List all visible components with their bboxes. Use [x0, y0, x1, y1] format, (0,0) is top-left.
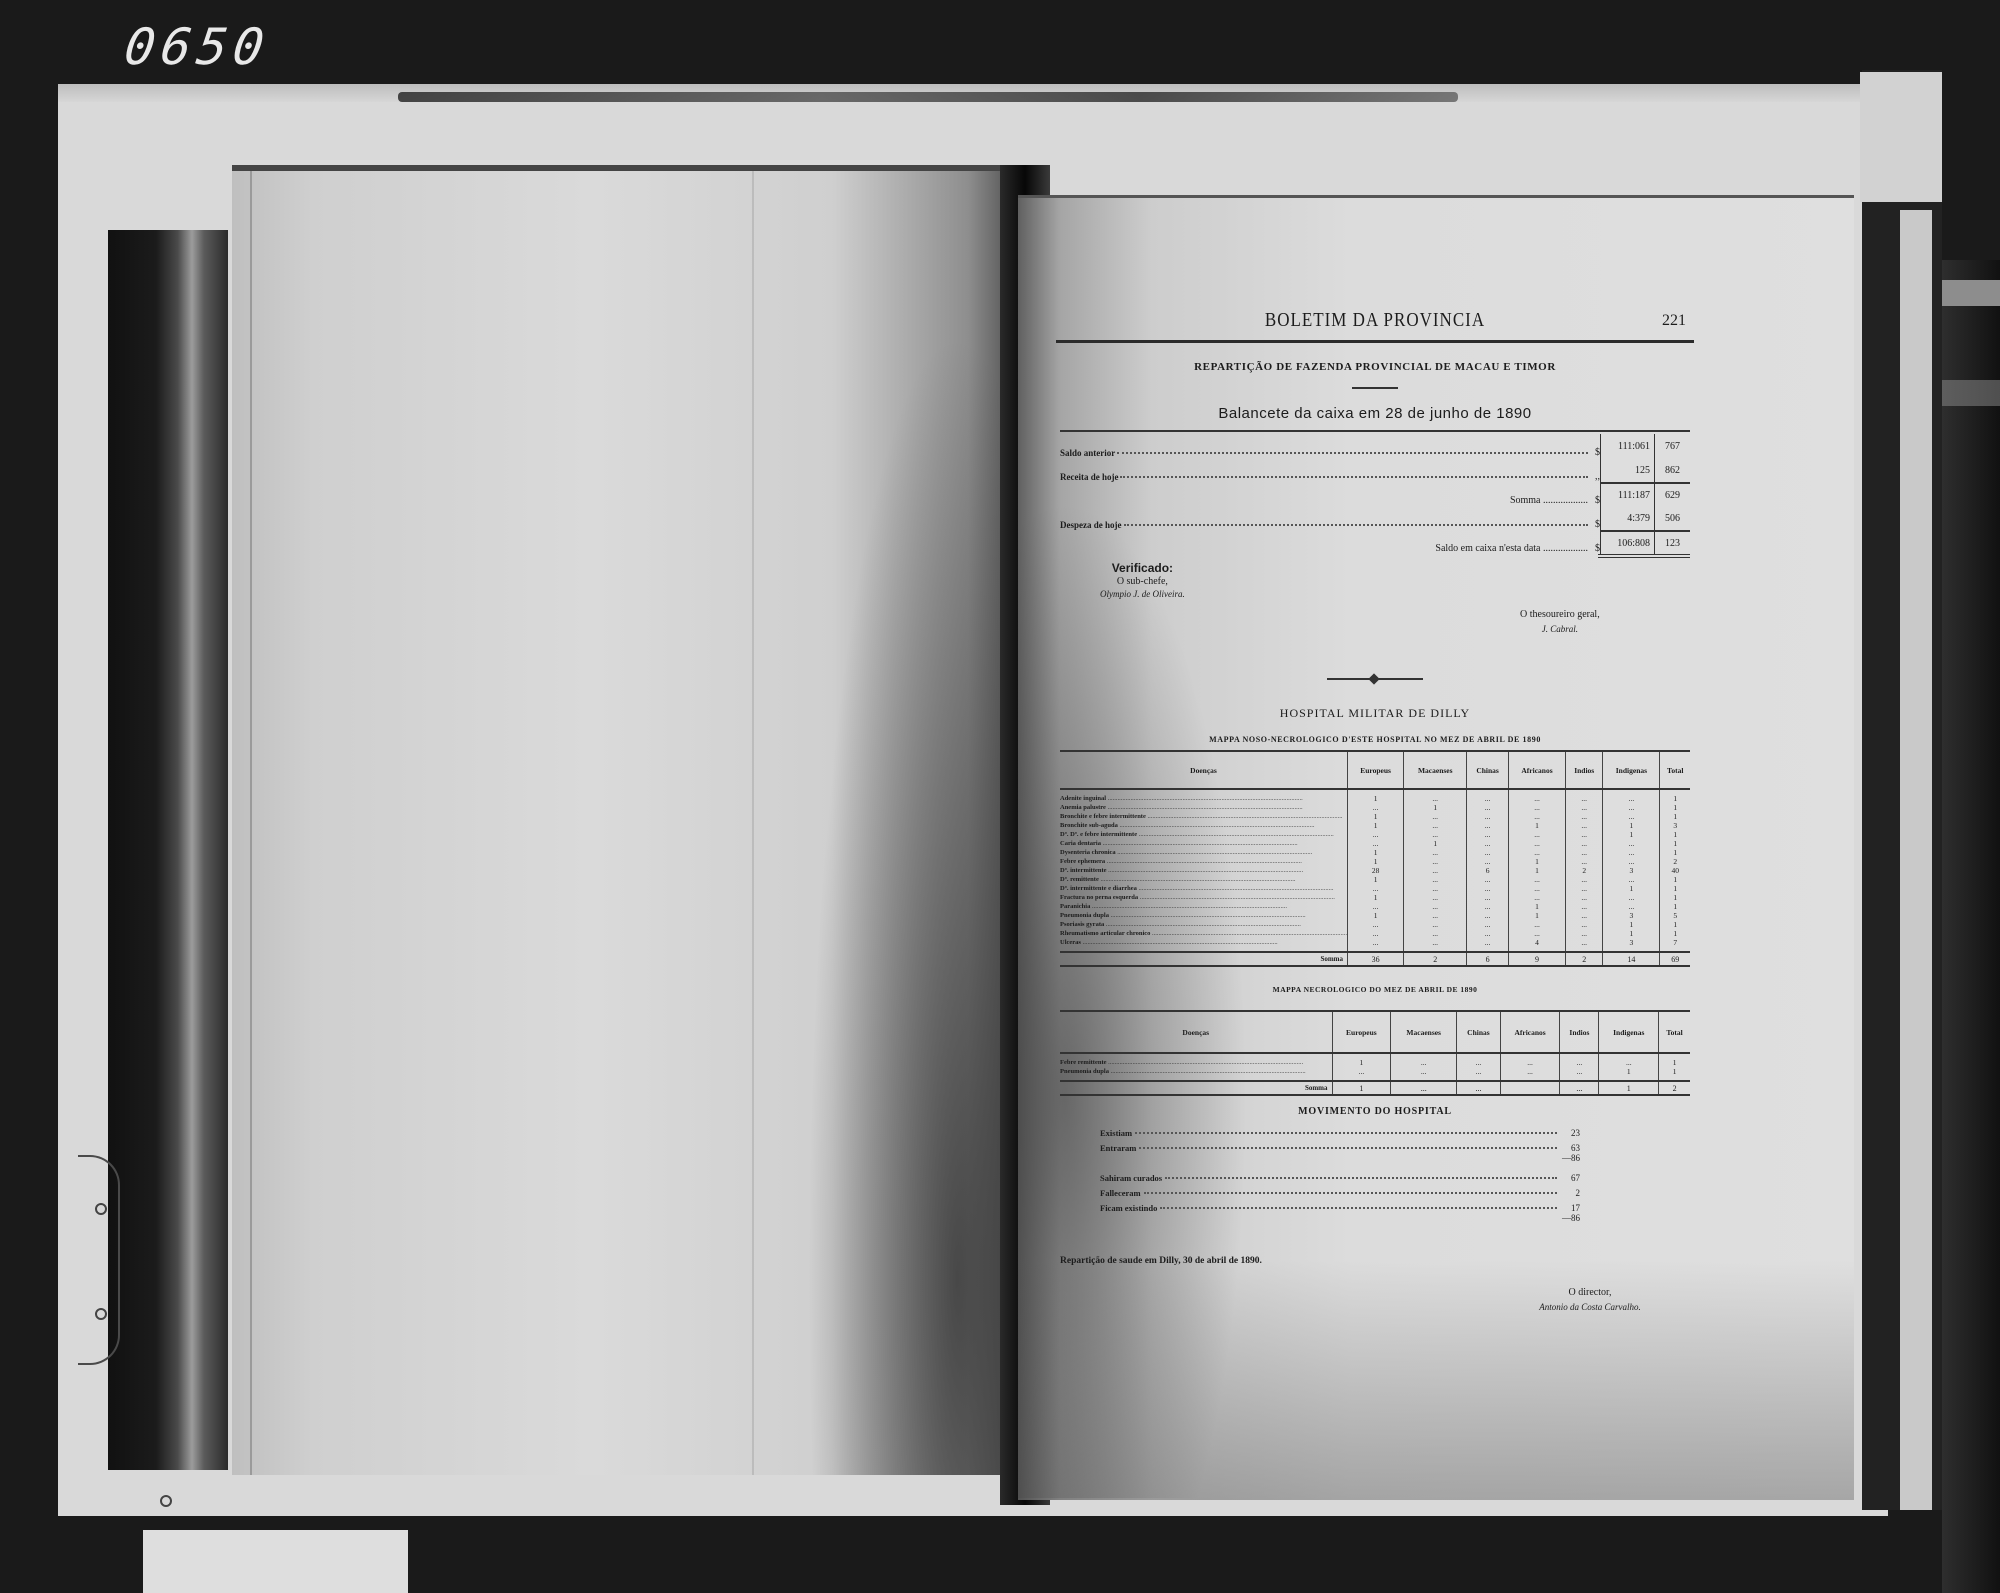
count-cell: ...: [1404, 920, 1467, 929]
disease-cell: Bronchite sub-aguda: [1060, 821, 1348, 830]
count-cell: ...: [1566, 812, 1603, 821]
count-cell: ...: [1508, 789, 1565, 803]
section-divider: [1352, 387, 1398, 389]
table-row: Adenite inguinal1...............1: [1060, 789, 1690, 803]
count-cell: ...: [1467, 789, 1509, 803]
count-cell: ...: [1391, 1053, 1457, 1067]
noso-necrological-table: Doenças Europeus Macaenses Chinas Africa…: [1060, 750, 1690, 967]
currency-sign: $: [1590, 543, 1600, 554]
count-cell: ...: [1560, 1053, 1599, 1067]
cash-balance-ledger: Saldo anterior $ 111:061 767 Receita de …: [1060, 430, 1690, 558]
necrological-table: Doenças Europeus Macaenses Chinas Africa…: [1060, 1010, 1690, 1096]
hospital-movement: Existiam 23 Entraram 63 86 Sahiram curad…: [1100, 1123, 1580, 1228]
necro-table-body: Febre remittente1...............1Pneumon…: [1060, 1053, 1690, 1095]
count-cell: ...: [1391, 1067, 1457, 1081]
noso-table-caption: MAPPA NOSO-NECROLOGICO D'ESTE HOSPITAL N…: [1060, 735, 1690, 744]
disease-cell: Psoriasis gyrata: [1060, 920, 1348, 929]
table-row: Bronchite e febre intermittente1........…: [1060, 812, 1690, 821]
column-header: Indigenas: [1599, 1011, 1659, 1053]
count-cell: 3: [1660, 821, 1690, 830]
column-header: Total: [1659, 1011, 1690, 1053]
table-row: Rheumatismo articular chronico..........…: [1060, 929, 1690, 938]
count-cell: ...: [1467, 902, 1509, 911]
count-cell: ...: [1404, 812, 1467, 821]
noso-table-body: Adenite inguinal1...............1Anemia …: [1060, 789, 1690, 966]
count-cell: ...: [1500, 1053, 1560, 1067]
count-cell: 1: [1348, 848, 1404, 857]
count-cell: ...: [1508, 848, 1565, 857]
ledger-label: Somma ..................: [1060, 495, 1590, 506]
count-cell: 1: [1348, 821, 1404, 830]
count-cell: ...: [1467, 938, 1509, 952]
count-cell: ...: [1467, 803, 1509, 812]
disease-cell: Anemia palustre: [1060, 803, 1348, 812]
disease-cell: Febre remittente: [1060, 1053, 1332, 1067]
column-header: Macaenses: [1404, 751, 1467, 789]
disease-cell: Febre ephemera: [1060, 857, 1348, 866]
count-cell: ...: [1508, 812, 1565, 821]
column-header: Macaenses: [1391, 1011, 1457, 1053]
table-row: Paranichia.........1......1: [1060, 902, 1690, 911]
count-cell: 1: [1603, 830, 1660, 839]
movement-total: 86: [1100, 1213, 1580, 1228]
table-row: Pneumonia dupla1......1...35: [1060, 911, 1690, 920]
disease-cell: Ulceras: [1060, 938, 1348, 952]
running-header: BOLETIM DA PROVINCIA 221: [1060, 300, 1690, 340]
column-header: Total: [1660, 751, 1690, 789]
count-cell: ...: [1508, 875, 1565, 884]
count-cell: ...: [1566, 911, 1603, 920]
disease-cell: Caria dentaria: [1060, 839, 1348, 848]
count-cell: ...: [1508, 920, 1565, 929]
leader-dots: [1120, 476, 1588, 478]
table-row: Dº. remittente1...............1: [1060, 875, 1690, 884]
total-cell: 2: [1404, 952, 1467, 966]
count-cell: ...: [1603, 857, 1660, 866]
verifier-role: O sub-chefe,: [1100, 575, 1185, 588]
count-cell: 1: [1508, 857, 1565, 866]
ledger-cents: 123: [1654, 530, 1690, 554]
microfilm-frame-number: 0650: [121, 18, 274, 76]
count-cell: ...: [1603, 902, 1660, 911]
count-cell: 1: [1332, 1053, 1391, 1067]
column-header: Indigenas: [1603, 751, 1660, 789]
leader-dots: [1117, 452, 1588, 454]
count-cell: 1: [1508, 866, 1565, 875]
total-cell: 1: [1599, 1081, 1659, 1095]
count-cell: ...: [1467, 929, 1509, 938]
count-cell: ...: [1348, 902, 1404, 911]
count-cell: ...: [1348, 830, 1404, 839]
count-cell: 1: [1508, 902, 1565, 911]
column-header: Indios: [1566, 751, 1603, 789]
total-label: Somma: [1060, 952, 1348, 966]
count-cell: 1: [1404, 839, 1467, 848]
total-cell: ...: [1391, 1081, 1457, 1095]
total-cell: 2: [1566, 952, 1603, 966]
count-cell: 3: [1603, 866, 1660, 875]
total-cell: [1500, 1081, 1560, 1095]
column-header: Africanos: [1508, 751, 1565, 789]
count-cell: ...: [1566, 884, 1603, 893]
count-cell: 1: [1660, 893, 1690, 902]
count-cell: ...: [1508, 830, 1565, 839]
count-cell: ...: [1566, 920, 1603, 929]
disease-cell: Pneumonia dupla: [1060, 911, 1348, 920]
count-cell: ...: [1404, 902, 1467, 911]
count-cell: 28: [1348, 866, 1404, 875]
verifier-name: Olympio J. de Oliveira.: [1100, 588, 1185, 601]
count-cell: 1: [1660, 875, 1690, 884]
ledger-row: Receita de hoje ,, 125 862: [1060, 458, 1690, 482]
currency-sign: ,,: [1590, 471, 1600, 482]
count-cell: ...: [1404, 789, 1467, 803]
ornamental-divider-icon: [1327, 678, 1423, 680]
count-cell: ...: [1508, 803, 1565, 812]
count-cell: ...: [1566, 839, 1603, 848]
count-cell: ...: [1467, 839, 1509, 848]
count-cell: ...: [1332, 1067, 1391, 1081]
table-row: Bronchite sub-aguda1......1...13: [1060, 821, 1690, 830]
count-cell: ...: [1404, 911, 1467, 920]
verified-heading: Verificado:: [1100, 562, 1185, 575]
movement-value: 63: [1560, 1143, 1580, 1153]
ledger-cents: 629: [1654, 482, 1690, 506]
count-cell: ...: [1500, 1067, 1560, 1081]
movement-row: Existiam 23: [1100, 1123, 1580, 1138]
total-cell: ...: [1560, 1081, 1599, 1095]
ledger-amount: 111:187: [1600, 482, 1654, 506]
count-cell: ...: [1566, 821, 1603, 830]
disease-cell: Dº. remittente: [1060, 875, 1348, 884]
disease-cell: Rheumatismo articular chronico: [1060, 929, 1348, 938]
count-cell: ...: [1348, 803, 1404, 812]
count-cell: 1: [1348, 875, 1404, 884]
column-header: Chinas: [1467, 751, 1509, 789]
count-cell: ...: [1560, 1067, 1599, 1081]
ledger-label: Despeza de hoje: [1060, 520, 1122, 530]
right-frame-tab: [1860, 72, 1942, 202]
ledger-amount: 111:061: [1600, 434, 1654, 458]
count-cell: ...: [1467, 848, 1509, 857]
count-cell: 2: [1660, 857, 1690, 866]
table-row: Ulceras.........4...37: [1060, 938, 1690, 952]
count-cell: 1: [1404, 803, 1467, 812]
count-cell: ...: [1467, 893, 1509, 902]
count-cell: ...: [1467, 920, 1509, 929]
count-cell: 2: [1566, 866, 1603, 875]
right-page-content: BOLETIM DA PROVINCIA 221 REPARTIÇÃO DE F…: [1060, 300, 1690, 1314]
movement-label: Falleceram: [1100, 1188, 1141, 1198]
count-cell: 1: [1348, 911, 1404, 920]
table-row: Febre ephemera1......1......2: [1060, 857, 1690, 866]
count-cell: 1: [1603, 884, 1660, 893]
count-cell: ...: [1603, 875, 1660, 884]
count-cell: 1: [1603, 920, 1660, 929]
edge-stripe: [1942, 380, 2000, 406]
ledger-row: Despeza de hoje $ 4:379 506: [1060, 506, 1690, 530]
count-cell: 1: [1660, 929, 1690, 938]
table-row: Febre remittente1...............1: [1060, 1053, 1690, 1067]
movement-row: Falleceram 2: [1100, 1183, 1580, 1198]
count-cell: ...: [1348, 938, 1404, 952]
table-row: Psoriasis gyrata...............11: [1060, 920, 1690, 929]
leader-dots: [1135, 1132, 1557, 1134]
total-cell: 69: [1660, 952, 1690, 966]
movement-label: Existiam: [1100, 1128, 1132, 1138]
currency-sign: $: [1590, 519, 1600, 530]
count-cell: ...: [1603, 803, 1660, 812]
total-cell: 6: [1467, 952, 1509, 966]
table-row: Dº. Dº. e febre intermittente...........…: [1060, 830, 1690, 839]
closing-line: Repartição de saude em Dilly, 30 de abri…: [1060, 1256, 1690, 1266]
book-spine: [108, 230, 228, 1470]
count-cell: ...: [1603, 789, 1660, 803]
count-cell: 5: [1660, 911, 1690, 920]
column-header: Europeus: [1332, 1011, 1391, 1053]
count-cell: 1: [1660, 920, 1690, 929]
count-cell: ...: [1508, 839, 1565, 848]
count-cell: 6: [1467, 866, 1509, 875]
movement-value: 17: [1560, 1203, 1580, 1213]
binding-clip: [78, 1155, 120, 1365]
count-cell: 1: [1660, 803, 1690, 812]
count-cell: ...: [1603, 839, 1660, 848]
department-heading: REPARTIÇÃO DE FAZENDA PROVINCIAL DE MACA…: [1060, 361, 1690, 373]
director-signature: O director, Antonio da Costa Carvalho.: [1490, 1286, 1690, 1314]
ledger-amount: 4:379: [1600, 506, 1654, 530]
count-cell: ...: [1566, 893, 1603, 902]
column-header: Africanos: [1500, 1011, 1560, 1053]
total-cell: ...: [1457, 1081, 1501, 1095]
count-cell: ...: [1404, 848, 1467, 857]
count-cell: ...: [1348, 920, 1404, 929]
ledger-amount: 125: [1600, 458, 1654, 482]
count-cell: ...: [1566, 875, 1603, 884]
count-cell: 1: [1348, 857, 1404, 866]
count-cell: ...: [1566, 848, 1603, 857]
disease-cell: Dº. Dº. e febre intermittente: [1060, 830, 1348, 839]
leader-dots: [1160, 1207, 1557, 1209]
hospital-movement-title: MOVIMENTO DO HOSPITAL: [1060, 1106, 1690, 1117]
disease-cell: Paranichia: [1060, 902, 1348, 911]
currency-sign: $: [1590, 447, 1600, 458]
disease-cell: Fractura no perna esquerda: [1060, 893, 1348, 902]
count-cell: ...: [1404, 830, 1467, 839]
movement-row: Entraram 63: [1100, 1138, 1580, 1153]
ledger-amount: 106:808: [1600, 530, 1654, 554]
count-cell: ...: [1404, 929, 1467, 938]
count-cell: ...: [1603, 812, 1660, 821]
count-cell: 1: [1660, 902, 1690, 911]
total-cell: 9: [1508, 952, 1565, 966]
count-cell: 1: [1659, 1053, 1690, 1067]
binding-hole-icon: [95, 1308, 107, 1320]
column-header: Doenças: [1060, 1011, 1332, 1053]
ledger-row: Saldo anterior $ 111:061 767: [1060, 434, 1690, 458]
count-cell: ...: [1566, 803, 1603, 812]
count-cell: ...: [1467, 875, 1509, 884]
necro-table-caption: MAPPA NECROLOGICO DO MEZ DE ABRIL DE 189…: [1060, 985, 1690, 994]
movement-label: Entraram: [1100, 1143, 1136, 1153]
left-page-blank: [232, 165, 1032, 1475]
count-cell: ...: [1404, 938, 1467, 952]
running-title: BOLETIM DA PROVINCIA: [1060, 308, 1690, 332]
count-cell: 1: [1660, 830, 1690, 839]
balance-sheet-title: Balancete da caixa em 28 de junho de 189…: [1060, 405, 1690, 422]
count-cell: 1: [1348, 893, 1404, 902]
count-cell: ...: [1467, 830, 1509, 839]
count-cell: 1: [1660, 884, 1690, 893]
total-cell: 14: [1603, 952, 1660, 966]
column-header: Europeus: [1348, 751, 1404, 789]
count-cell: ...: [1348, 839, 1404, 848]
table-header-row: Doenças Europeus Macaenses Chinas Africa…: [1060, 1011, 1690, 1053]
movement-row: Ficam existindo 17: [1100, 1198, 1580, 1213]
count-cell: 1: [1660, 812, 1690, 821]
ledger-row-balance: Saldo em caixa n'esta data .............…: [1060, 530, 1690, 554]
hospital-title: HOSPITAL MILITAR DE DILLY: [1060, 706, 1690, 721]
count-cell: ...: [1467, 911, 1509, 920]
ledger-label: Receita de hoje: [1060, 472, 1118, 482]
count-cell: ...: [1508, 929, 1565, 938]
verification-block: Verificado: O sub-chefe, Olympio J. de O…: [1100, 562, 1185, 601]
right-frame-bar: [1900, 210, 1932, 1510]
movement-row: Sahiram curados 67: [1100, 1168, 1580, 1183]
adjacent-frame-edge: [1942, 260, 2000, 1593]
movement-label: Ficam existindo: [1100, 1203, 1157, 1213]
count-cell: ...: [1508, 884, 1565, 893]
count-cell: 1: [1659, 1067, 1690, 1081]
count-cell: ...: [1566, 857, 1603, 866]
count-cell: ...: [1603, 893, 1660, 902]
table-row: Dº. intermittente28...612340: [1060, 866, 1690, 875]
count-cell: ...: [1348, 884, 1404, 893]
treasurer-block: O thesoureiro geral, J. Cabral.: [1520, 608, 1600, 636]
fazenda-signatures: Verificado: O sub-chefe, Olympio J. de O…: [1060, 558, 1690, 668]
count-cell: ...: [1467, 821, 1509, 830]
director-name: Antonio da Costa Carvalho.: [1490, 1300, 1690, 1314]
page-shadow: [782, 171, 1032, 1475]
movement-total-value: 86: [1562, 1213, 1580, 1228]
count-cell: 1: [1660, 848, 1690, 857]
column-header: Doenças: [1060, 751, 1348, 789]
count-cell: ...: [1566, 902, 1603, 911]
count-cell: ...: [1566, 789, 1603, 803]
treasurer-name: J. Cabral.: [1520, 622, 1600, 636]
count-cell: 1: [1660, 789, 1690, 803]
table-row: Dysenteria chronica1...............1: [1060, 848, 1690, 857]
leader-dots: [1139, 1147, 1557, 1149]
count-cell: 1: [1599, 1067, 1659, 1081]
count-cell: 40: [1660, 866, 1690, 875]
table-total-row: Somma1.........12: [1060, 1081, 1690, 1095]
count-cell: 1: [1508, 911, 1565, 920]
page-fold-line: [752, 171, 754, 1475]
column-header: Indios: [1560, 1011, 1599, 1053]
count-cell: 7: [1660, 938, 1690, 952]
disease-cell: Bronchite e febre intermittente: [1060, 812, 1348, 821]
count-cell: ...: [1404, 893, 1467, 902]
currency-sign: $: [1590, 495, 1600, 506]
subtotal-label: Somma: [1510, 495, 1541, 506]
movement-value: 67: [1560, 1173, 1580, 1183]
count-cell: 1: [1603, 821, 1660, 830]
table-row: Caria dentaria...1............1: [1060, 839, 1690, 848]
count-cell: 3: [1603, 911, 1660, 920]
table-header-row: Doenças Europeus Macaenses Chinas Africa…: [1060, 751, 1690, 789]
ledger-label: Saldo anterior: [1060, 448, 1115, 458]
edge-stripe: [1942, 280, 2000, 306]
board-top-edge: [58, 84, 1888, 102]
movement-total: 86: [1100, 1153, 1580, 1168]
binding-hole-icon: [160, 1495, 172, 1507]
binding-hole-icon: [95, 1203, 107, 1215]
table-row: Dº. intermittente e diarrhea............…: [1060, 884, 1690, 893]
treasurer-role: O thesoureiro geral,: [1520, 608, 1600, 622]
disease-cell: Dº. intermittente e diarrhea: [1060, 884, 1348, 893]
count-cell: 4: [1508, 938, 1565, 952]
count-cell: 1: [1508, 821, 1565, 830]
count-cell: ...: [1599, 1053, 1659, 1067]
count-cell: ...: [1457, 1067, 1501, 1081]
count-cell: 1: [1660, 839, 1690, 848]
count-cell: ...: [1467, 884, 1509, 893]
count-cell: ...: [1404, 821, 1467, 830]
balance-label: Saldo em caixa n'esta data: [1435, 543, 1540, 554]
bottom-label-card: [143, 1530, 408, 1593]
director-role: O director,: [1490, 1286, 1690, 1300]
count-cell: 1: [1603, 929, 1660, 938]
count-cell: ...: [1404, 884, 1467, 893]
movement-label: Sahiram curados: [1100, 1173, 1162, 1183]
count-cell: 1: [1348, 789, 1404, 803]
count-cell: ...: [1566, 830, 1603, 839]
count-cell: ...: [1508, 893, 1565, 902]
page-fold-line: [250, 171, 252, 1475]
count-cell: ...: [1566, 938, 1603, 952]
ledger-label: Saldo em caixa n'esta data .............…: [1060, 543, 1590, 554]
leader-dots: [1124, 524, 1589, 526]
movement-value: 2: [1560, 1188, 1580, 1198]
count-cell: 3: [1603, 938, 1660, 952]
page-number: 221: [1662, 312, 1686, 330]
table-row: Anemia palustre...1............1: [1060, 803, 1690, 812]
count-cell: ...: [1348, 929, 1404, 938]
header-rule: [1056, 340, 1694, 343]
count-cell: ...: [1404, 866, 1467, 875]
table-row: Pneumonia dupla...............11: [1060, 1067, 1690, 1081]
movement-total-value: 86: [1562, 1153, 1580, 1168]
count-cell: ...: [1404, 875, 1467, 884]
ledger-cents: 862: [1654, 458, 1690, 482]
total-cell: 1: [1332, 1081, 1391, 1095]
count-cell: ...: [1566, 929, 1603, 938]
ledger-cents: 506: [1654, 506, 1690, 530]
leader-dots: [1144, 1192, 1557, 1194]
count-cell: 1: [1348, 812, 1404, 821]
table-row: Fractura no perna esquerda1.............…: [1060, 893, 1690, 902]
count-cell: ...: [1457, 1053, 1501, 1067]
total-cell: 2: [1659, 1081, 1690, 1095]
column-header: Chinas: [1457, 1011, 1501, 1053]
count-cell: ...: [1467, 857, 1509, 866]
disease-cell: Adenite inguinal: [1060, 789, 1348, 803]
count-cell: ...: [1404, 857, 1467, 866]
leader-dots: [1165, 1177, 1557, 1179]
disease-cell: Pneumonia dupla: [1060, 1067, 1332, 1081]
total-cell: 36: [1348, 952, 1404, 966]
